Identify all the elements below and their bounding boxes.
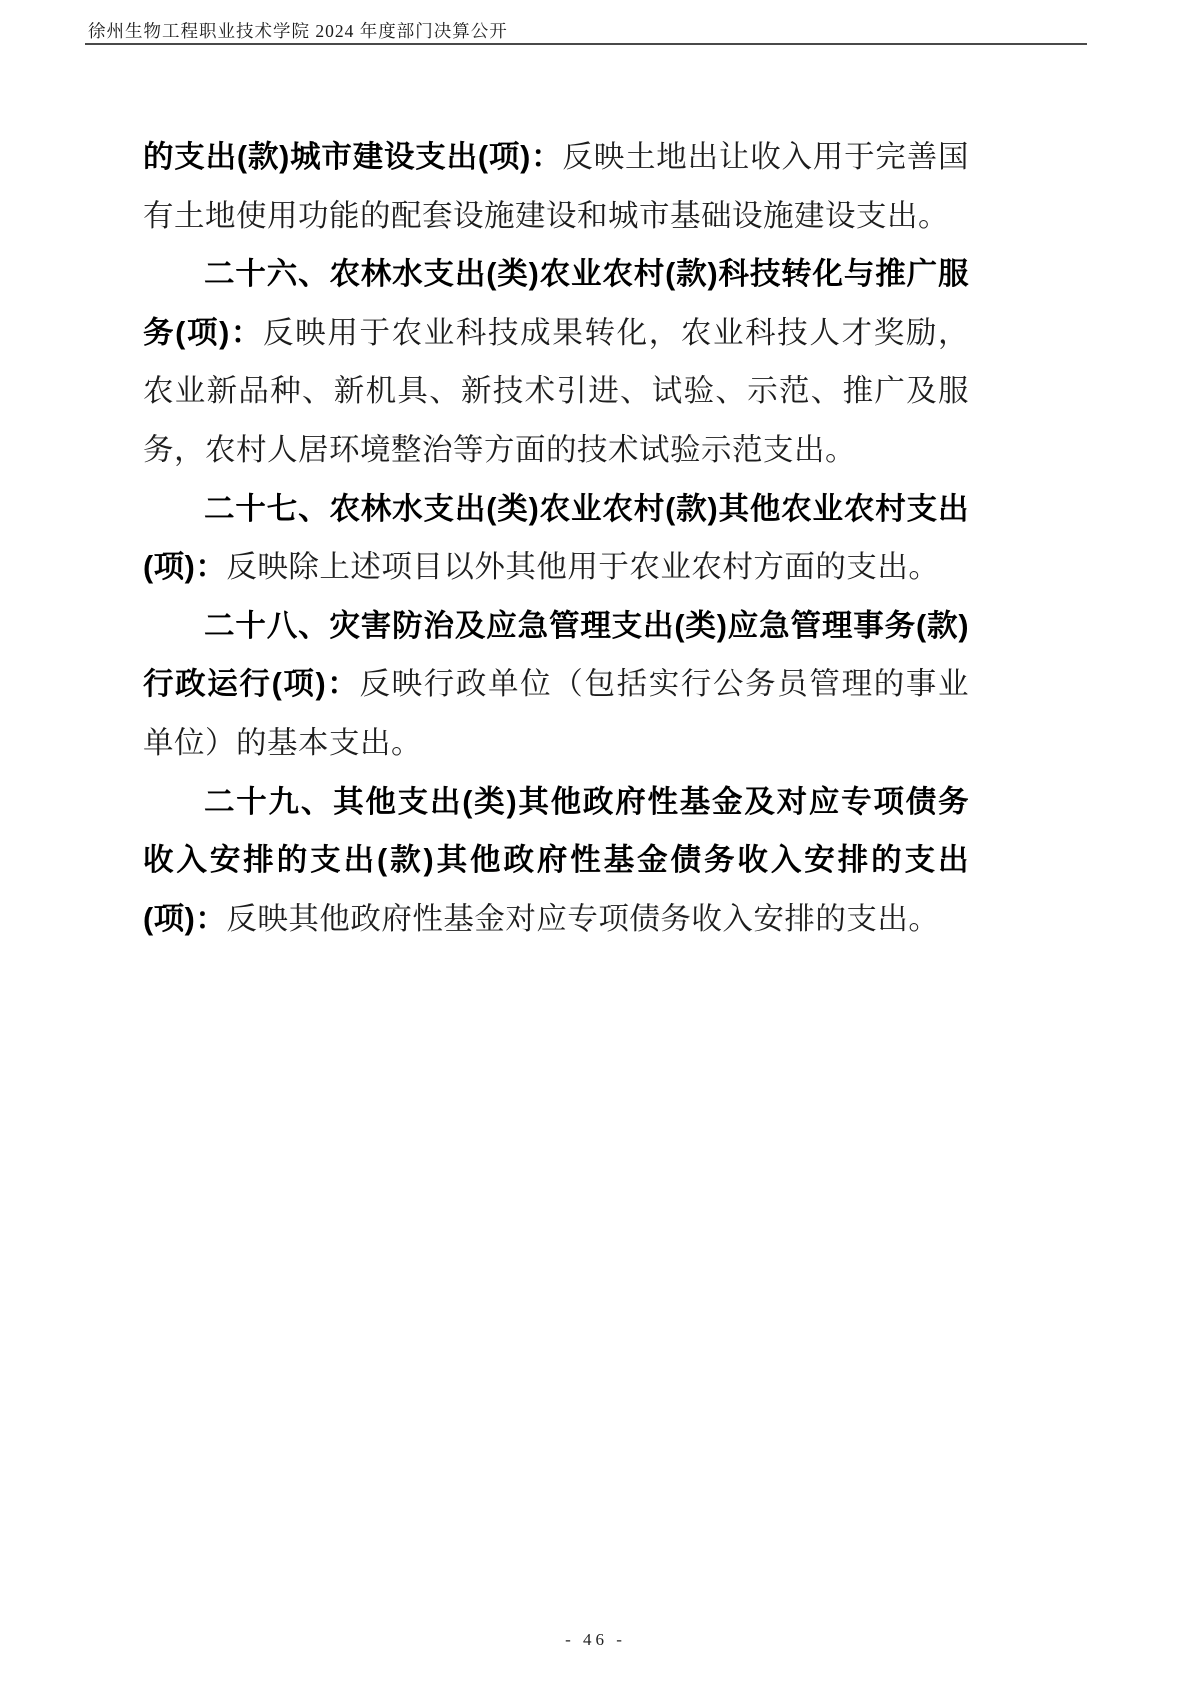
paragraph-text: 反映除上述项目以外其他用于农业农村方面的支出。 [226, 550, 939, 584]
paragraph-29-other-government-funds: 二十九、其他支出(类)其他政府性基金及对应专项债务收入安排的支出(款)其他政府性… [143, 773, 969, 949]
paragraph-text: 反映其他政府性基金对应专项债务收入安排的支出。 [226, 902, 939, 936]
document-page: 徐州生物工程职业技术学院 2024 年度部门决算公开 的支出(款)城市建设支出(… [0, 0, 1191, 1684]
paragraph-27-other-agriculture: 二十七、农林水支出(类)农业农村(款)其他农业农村支出(项)：反映除上述项目以外… [143, 480, 969, 597]
page-footer: - 46 - [0, 1630, 1191, 1650]
paragraph-city-construction: 的支出(款)城市建设支出(项)：反映土地出让收入用于完善国有土地使用功能的配套设… [143, 128, 969, 245]
header-rule [85, 43, 1087, 45]
page-number: - 46 - [565, 1630, 626, 1649]
paragraph-text: 反映用于农业科技成果转化，农业科技人才奖励，农业新品种、新机具、新技术引进、试验… [143, 316, 969, 467]
paragraph-28-emergency-management: 二十八、灾害防治及应急管理支出(类)应急管理事务(款)行政运行(项)：反映行政单… [143, 597, 969, 773]
paragraph-lead: 的支出(款)城市建设支出(项)： [143, 140, 562, 174]
header-title: 徐州生物工程职业技术学院 2024 年度部门决算公开 [88, 18, 1088, 43]
page-header: 徐州生物工程职业技术学院 2024 年度部门决算公开 [88, 18, 1088, 43]
paragraph-26-agriculture-tech: 二十六、农林水支出(类)农业农村(款)科技转化与推广服务(项)：反映用于农业科技… [143, 245, 969, 479]
document-body: 的支出(款)城市建设支出(项)：反映土地出让收入用于完善国有土地使用功能的配套设… [143, 128, 969, 948]
